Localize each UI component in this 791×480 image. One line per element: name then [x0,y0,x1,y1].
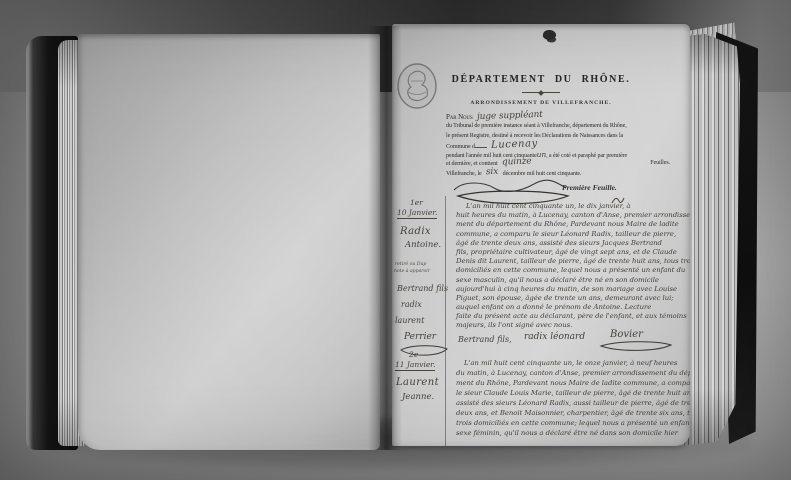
act-line: huit heures du matin, à Lucenay, canton … [456,211,682,220]
act-signature-1: Bertrand fils, [458,335,512,344]
printed-preamble: Par Nous juge suppléant du Tribunal de p… [446,113,670,178]
act-line: aujourd'hui à cinq heures du matin, de s… [456,285,682,294]
act-line: fils, propriétaire cultivateur, âgé de v… [456,248,682,257]
act-line: âgé de trente deux ans, assisté des sieu… [456,239,682,248]
margin-entry-surname: Laurent [396,377,439,388]
printed-text: du Tribunal de première instance séant à… [446,123,627,129]
scanned-register-photo: DÉPARTEMENT DU RHÔNE. ARRONDISSEMENT DE … [0,0,791,480]
margin-signature-flourish [398,342,450,358]
act-line: ment du département du Rhône, Pardevant … [456,220,682,229]
margin-note-line-1: retiré ou Dup [395,262,426,268]
preamble-line-1: Par Nous juge suppléant [446,113,670,122]
margin-note-line-2: note à apparoir [394,269,430,275]
margin-signature-4: Perrier [404,332,436,342]
act-line: du matin, à Lucenay, canton d'Anse, prem… [456,368,682,378]
margin-entry-firstname: Antoine. [405,240,441,250]
margin-signature-2: radix [401,300,422,309]
preamble-line-6: et dernière, et contient quinze Feuilles… [446,159,670,168]
act-line: commune, a comparu le sieur Léonard Radi… [456,230,682,239]
fill-line [475,142,487,148]
margin-signature-3: laurent [395,316,424,325]
act-line: sexe masculin, qu'il nous a déclaré être… [456,276,682,285]
margin-rule [445,196,446,446]
preamble-line-2: du Tribunal de première instance séant à… [446,122,670,131]
margin-entry-number: 2e [409,350,418,359]
preamble-line-5: pendant l'année mil huit cent cinquanteu… [446,150,670,159]
act-line: domiciliés en cette commune, lequel nous… [456,266,682,275]
act-line: Denis dit Laurent, tailleur de pierre, â… [456,257,682,266]
blank-left-page [78,34,380,450]
handwritten-year-insert: un [537,150,546,159]
act-line: L'an mil huit cent cinquante un, le onze… [456,358,682,368]
margin-signature-1: Bertrand fils [397,284,448,293]
birth-act-2: L'an mil huit cent cinquante un, le onze… [456,358,682,438]
margin-entry-date: 10 Janvier. [397,208,437,219]
act-line: auquel enfant on a donné le prénom de An… [456,303,682,312]
par-nous-label: Par Nous [446,113,473,121]
preamble-line-4: Commune d Lucenay [446,141,670,150]
margin-entry-number: 1er [410,198,423,207]
department-title: DÉPARTEMENT DU RHÔNE. [392,74,690,85]
birth-act-1: L'an mil huit cent cinquante un, le dix … [456,202,682,331]
margin-entry-firstname: Jeanne. [402,392,434,402]
act-line: assisté des sieurs Léonard Radix, aussi … [456,398,682,408]
act-signature-2: radix léonard [524,332,585,342]
act-1-signatures: Bertrand fils, radix léonard Bovier [458,329,678,351]
handwritten-sheet-count: quinze [502,158,532,168]
act-line: ment du Rhône, Pardevant nous Maire de l… [456,378,682,388]
ink-blot [542,29,557,41]
act-signature-flourish [598,339,674,353]
act-line: L'an mil huit cent cinquante un, le dix … [456,202,682,211]
printed-text: , a été coté et paraphé par première [546,153,627,159]
margin-entry-surname: Radix [400,226,431,237]
feuilles-label: Feuilles. [650,159,670,168]
preamble-line-3: le présent Registre, destiné à recevoir … [446,132,670,141]
act-line: sexe féminin, qu'il nous a déclaré être … [456,428,682,438]
register-title-page: DÉPARTEMENT DU RHÔNE. ARRONDISSEMENT DE … [392,24,690,446]
act-line: faite du présent acte au déclarant, père… [456,312,682,321]
act-line: le sieur Claude Louis Marie, tailleur de… [456,388,682,398]
handwritten-title-insert: juge suppléant [477,111,543,123]
premiere-feuille-label: Première Feuille. [562,183,617,192]
margin-entry-date: 11 Janvier. [395,360,435,371]
commune-label: Commune d [446,144,475,150]
act-line: trois domiciliés en cette commune; leque… [456,418,682,428]
act-line: deux ans, et Benoit Maisonnier, charpent… [456,408,682,418]
act-line: Piguet, son épouse, âgée de trente un an… [456,294,682,303]
arrondissement-subtitle: ARRONDISSEMENT DE VILLEFRANCHE. [392,100,690,106]
ornament-rule [522,92,560,93]
handwritten-commune-name: Lucenay [491,139,538,150]
